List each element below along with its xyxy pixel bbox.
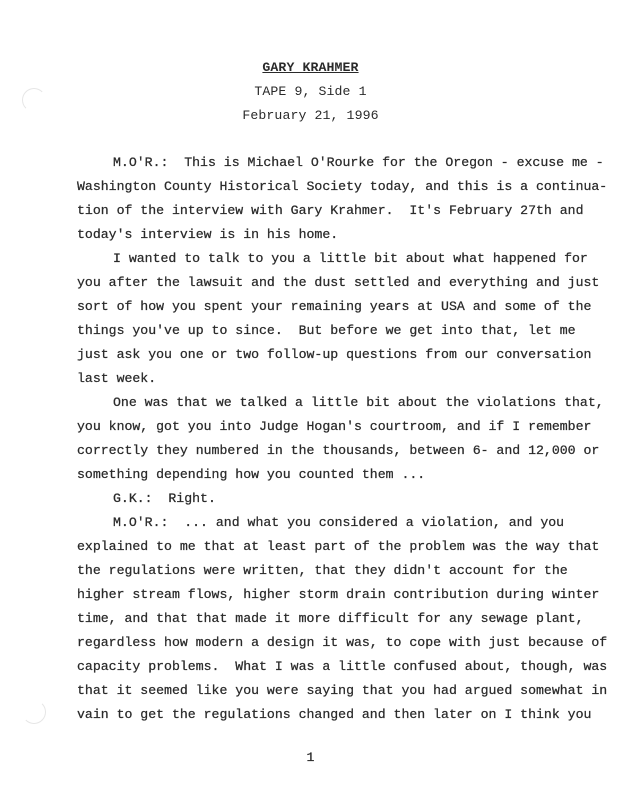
transcript-line: last week. [77, 367, 561, 391]
transcript-line: the regulations were written, that they … [77, 559, 561, 583]
transcript-line: capacity problems. What I was a little c… [77, 655, 561, 679]
transcript-line: G.K.: Right. [77, 487, 561, 511]
tape-label: TAPE 9, Side 1 [0, 84, 621, 99]
transcript-line: just ask you one or two follow-up questi… [77, 343, 561, 367]
document-page: GARY KRAHMER TAPE 9, Side 1 February 21,… [0, 0, 621, 800]
document-title: GARY KRAHMER [0, 60, 621, 75]
page-number: 1 [0, 750, 621, 765]
transcript-body: M.O'R.: This is Michael O'Rourke for the… [77, 151, 561, 727]
transcript-line: that it seemed like you were saying that… [77, 679, 561, 703]
transcript-line: M.O'R.: This is Michael O'Rourke for the… [77, 151, 561, 175]
punch-hole-mark [22, 700, 46, 724]
transcript-line: sort of how you spent your remaining yea… [77, 295, 561, 319]
transcript-line: today's interview is in his home. [77, 223, 561, 247]
transcript-line: regardless how modern a design it was, t… [77, 631, 561, 655]
transcript-line: One was that we talked a little bit abou… [77, 391, 561, 415]
transcript-line: you know, got you into Judge Hogan's cou… [77, 415, 561, 439]
transcript-line: you after the lawsuit and the dust settl… [77, 271, 561, 295]
transcript-line: higher stream flows, higher storm drain … [77, 583, 561, 607]
transcript-line: things you've up to since. But before we… [77, 319, 561, 343]
transcript-line: I wanted to talk to you a little bit abo… [77, 247, 561, 271]
transcript-line: tion of the interview with Gary Krahmer.… [77, 199, 561, 223]
transcript-line: something depending how you counted them… [77, 463, 561, 487]
transcript-line: Washington County Historical Society tod… [77, 175, 561, 199]
transcript-line: vain to get the regulations changed and … [77, 703, 561, 727]
interview-date: February 21, 1996 [0, 108, 621, 123]
transcript-line: time, and that that made it more difficu… [77, 607, 561, 631]
transcript-line: explained to me that at least part of th… [77, 535, 561, 559]
transcript-line: correctly they numbered in the thousands… [77, 439, 561, 463]
transcript-line: M.O'R.: ... and what you considered a vi… [77, 511, 561, 535]
